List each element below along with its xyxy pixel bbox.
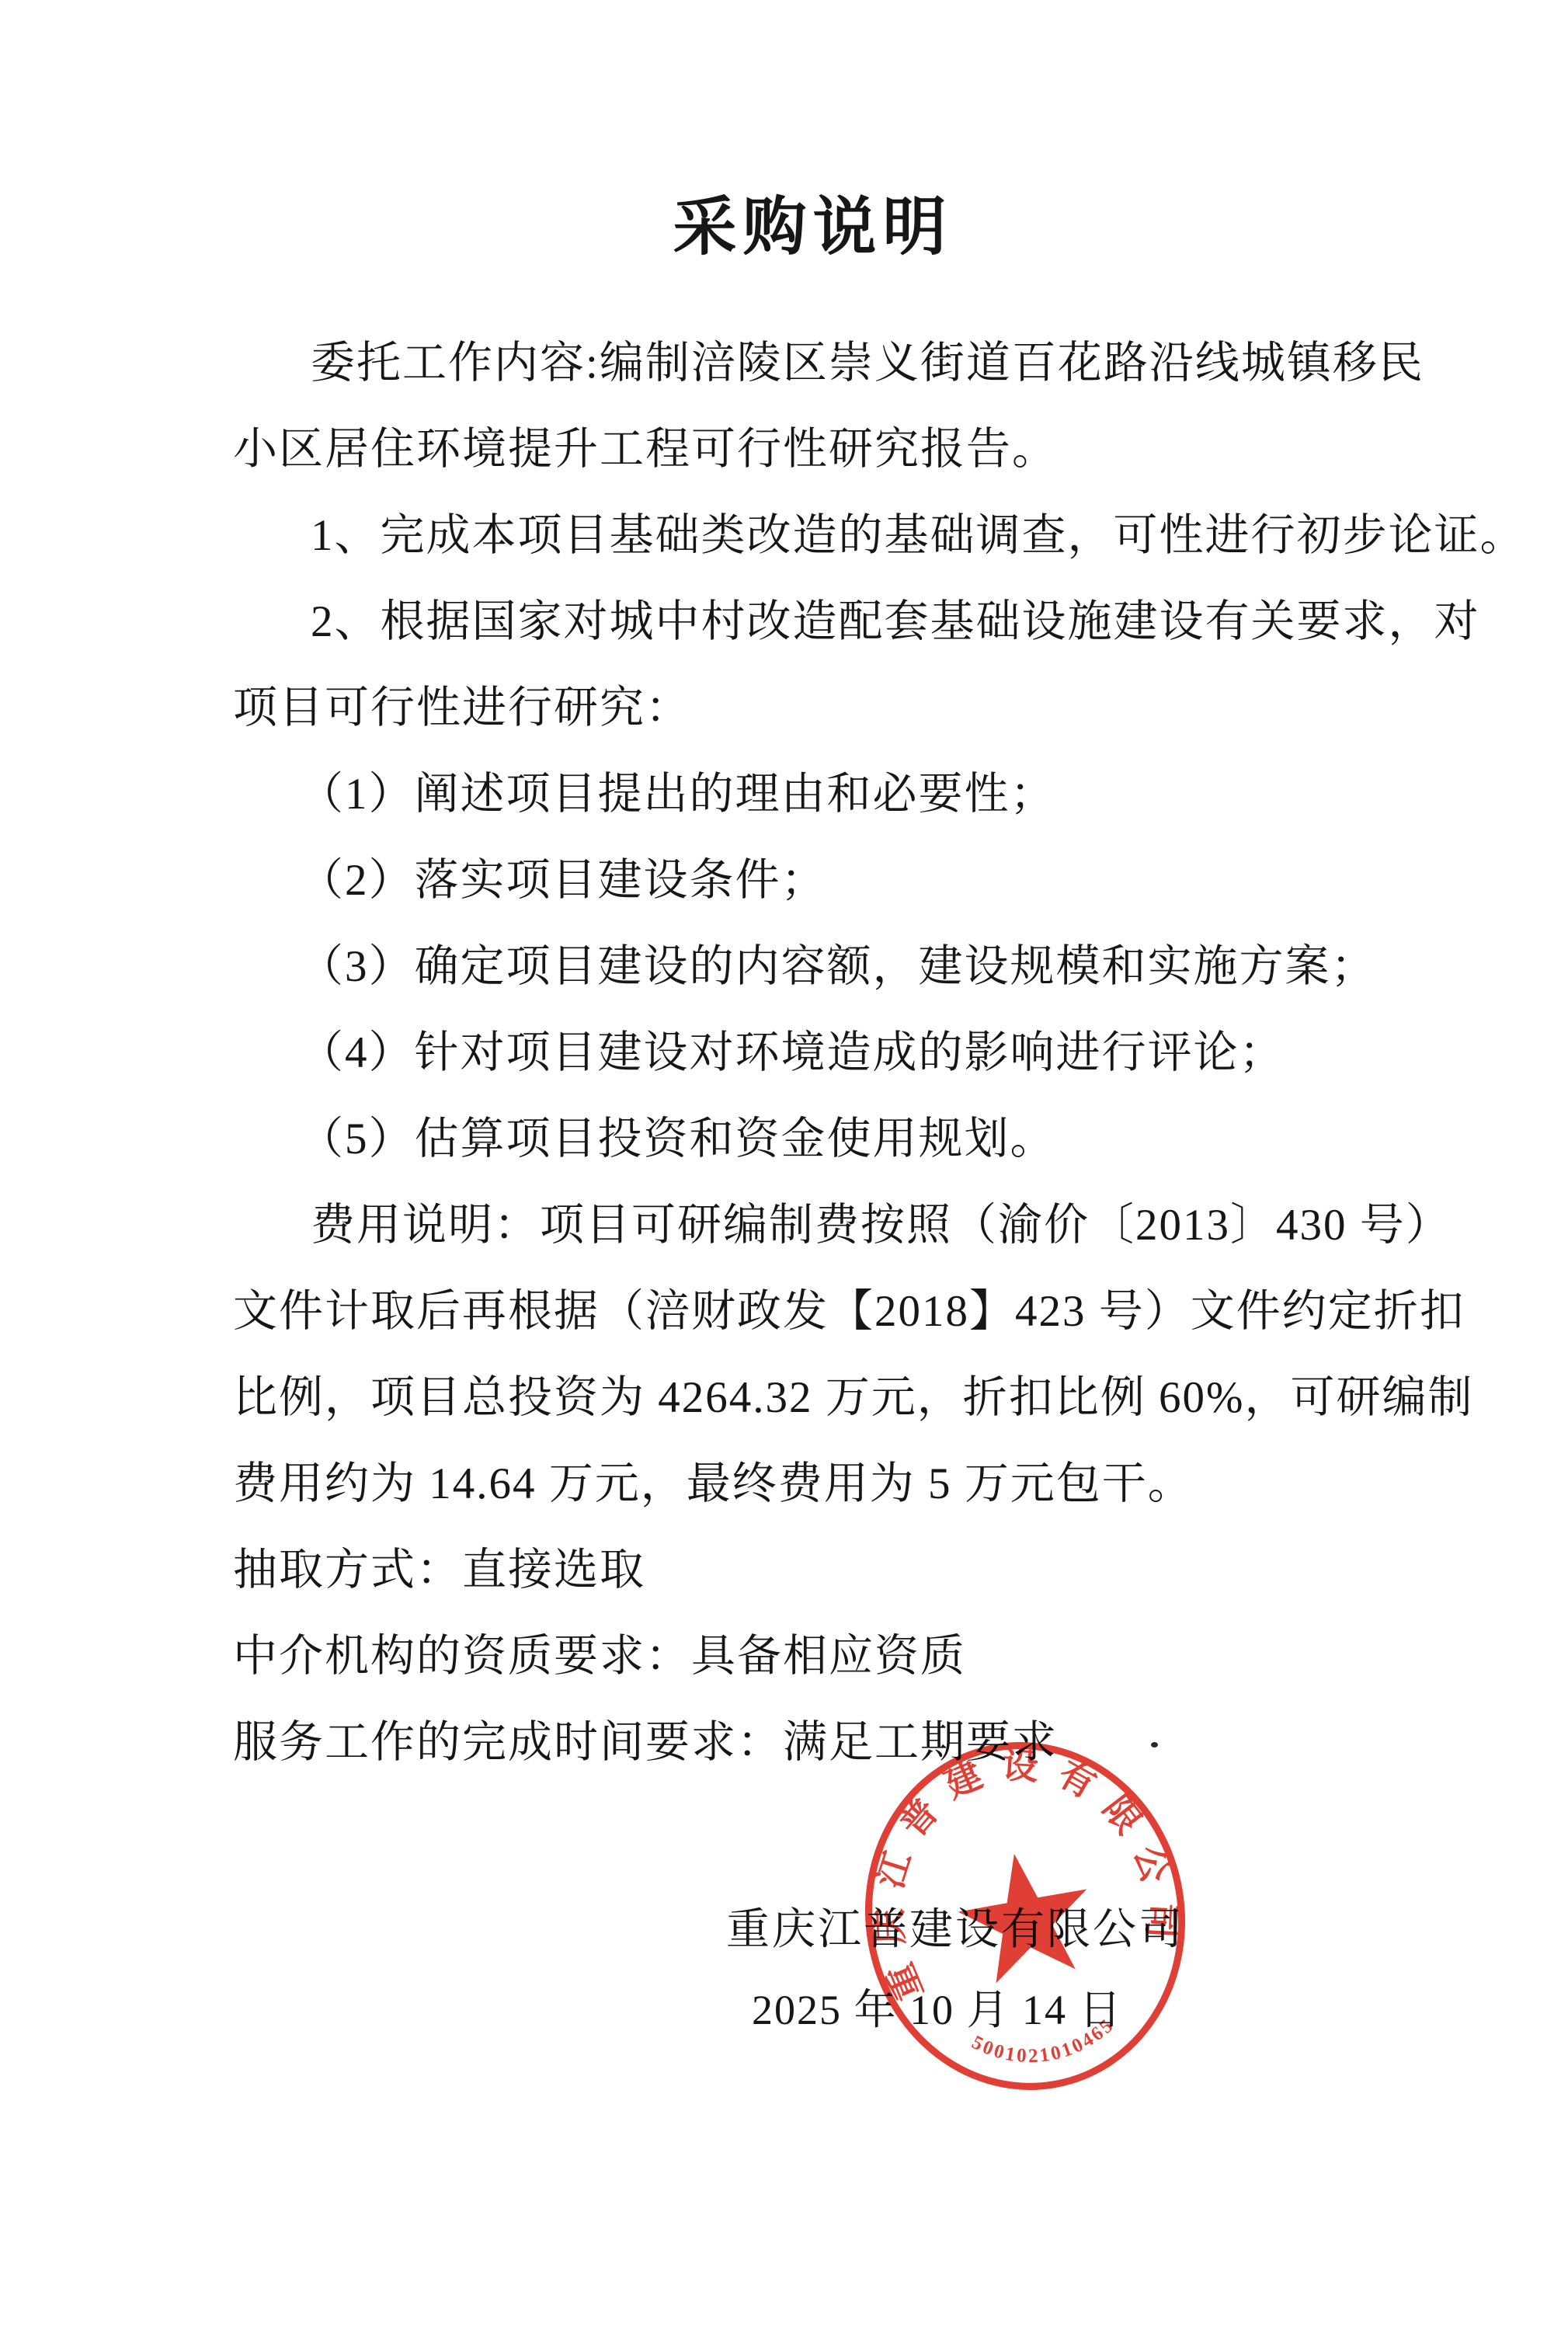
seal-rotated-group: 重庆江普建设有限公司 5001021010465 bbox=[860, 1738, 1190, 2094]
body-line: 中介机构的资质要求：具备相应资质 bbox=[233, 1613, 1358, 1699]
seal-company-arc-text: 重庆江普建设有限公司 bbox=[860, 1738, 1190, 2009]
body-line: 比例，项目总投资为 4264.32 万元，折扣比例 60%，可研编制 bbox=[233, 1355, 1358, 1441]
body-line: 文件计取后再根据（涪财政发【2018】423 号）文件约定折扣 bbox=[233, 1268, 1358, 1355]
body-line: 费用约为 14.64 万元，最终费用为 5 万元包干。 bbox=[233, 1441, 1358, 1527]
body-line: （4）针对项目建设对环境造成的影响进行评论； bbox=[233, 1010, 1358, 1096]
document-title: 采购说明 bbox=[250, 183, 1375, 272]
body-line: （1）阐述项目提出的理由和必要性； bbox=[233, 751, 1358, 837]
body-line: （3）确定项目建设的内容额，建设规模和实施方案； bbox=[233, 923, 1358, 1010]
body-line: 项目可行性进行研究： bbox=[233, 665, 1358, 751]
document-page: 采购说明 委托工作内容:编制涪陵区崇义街道百花路沿线城镇移民 小区居住环境提升工… bbox=[0, 0, 1568, 2330]
seal-star bbox=[950, 1842, 1100, 1987]
body-line: （2）落实项目建设条件； bbox=[233, 837, 1358, 923]
ink-speck bbox=[1151, 1742, 1158, 1747]
body-line: 费用说明：项目可研编制费按照（渝价〔2013〕430 号） bbox=[233, 1182, 1358, 1268]
body-line: 1、完成本项目基础类改造的基础调查，可性进行初步论证。 bbox=[233, 492, 1358, 579]
body-line: 小区居住环境提升工程可行性研究报告。 bbox=[233, 406, 1358, 492]
body-line: 抽取方式：直接选取 bbox=[233, 1527, 1358, 1613]
body-line: 2、根据国家对城中村改造配套基础设施建设有关要求，对 bbox=[233, 579, 1358, 665]
body-line: 委托工作内容:编制涪陵区崇义街道百花路沿线城镇移民 bbox=[233, 320, 1358, 406]
company-seal: 重庆江普建设有限公司 5001021010465 bbox=[860, 1738, 1190, 2094]
body-line: （5）估算项目投资和资金使用规划。 bbox=[233, 1096, 1358, 1182]
document-body: 委托工作内容:编制涪陵区崇义街道百花路沿线城镇移民 小区居住环境提升工程可行性研… bbox=[233, 320, 1358, 1786]
